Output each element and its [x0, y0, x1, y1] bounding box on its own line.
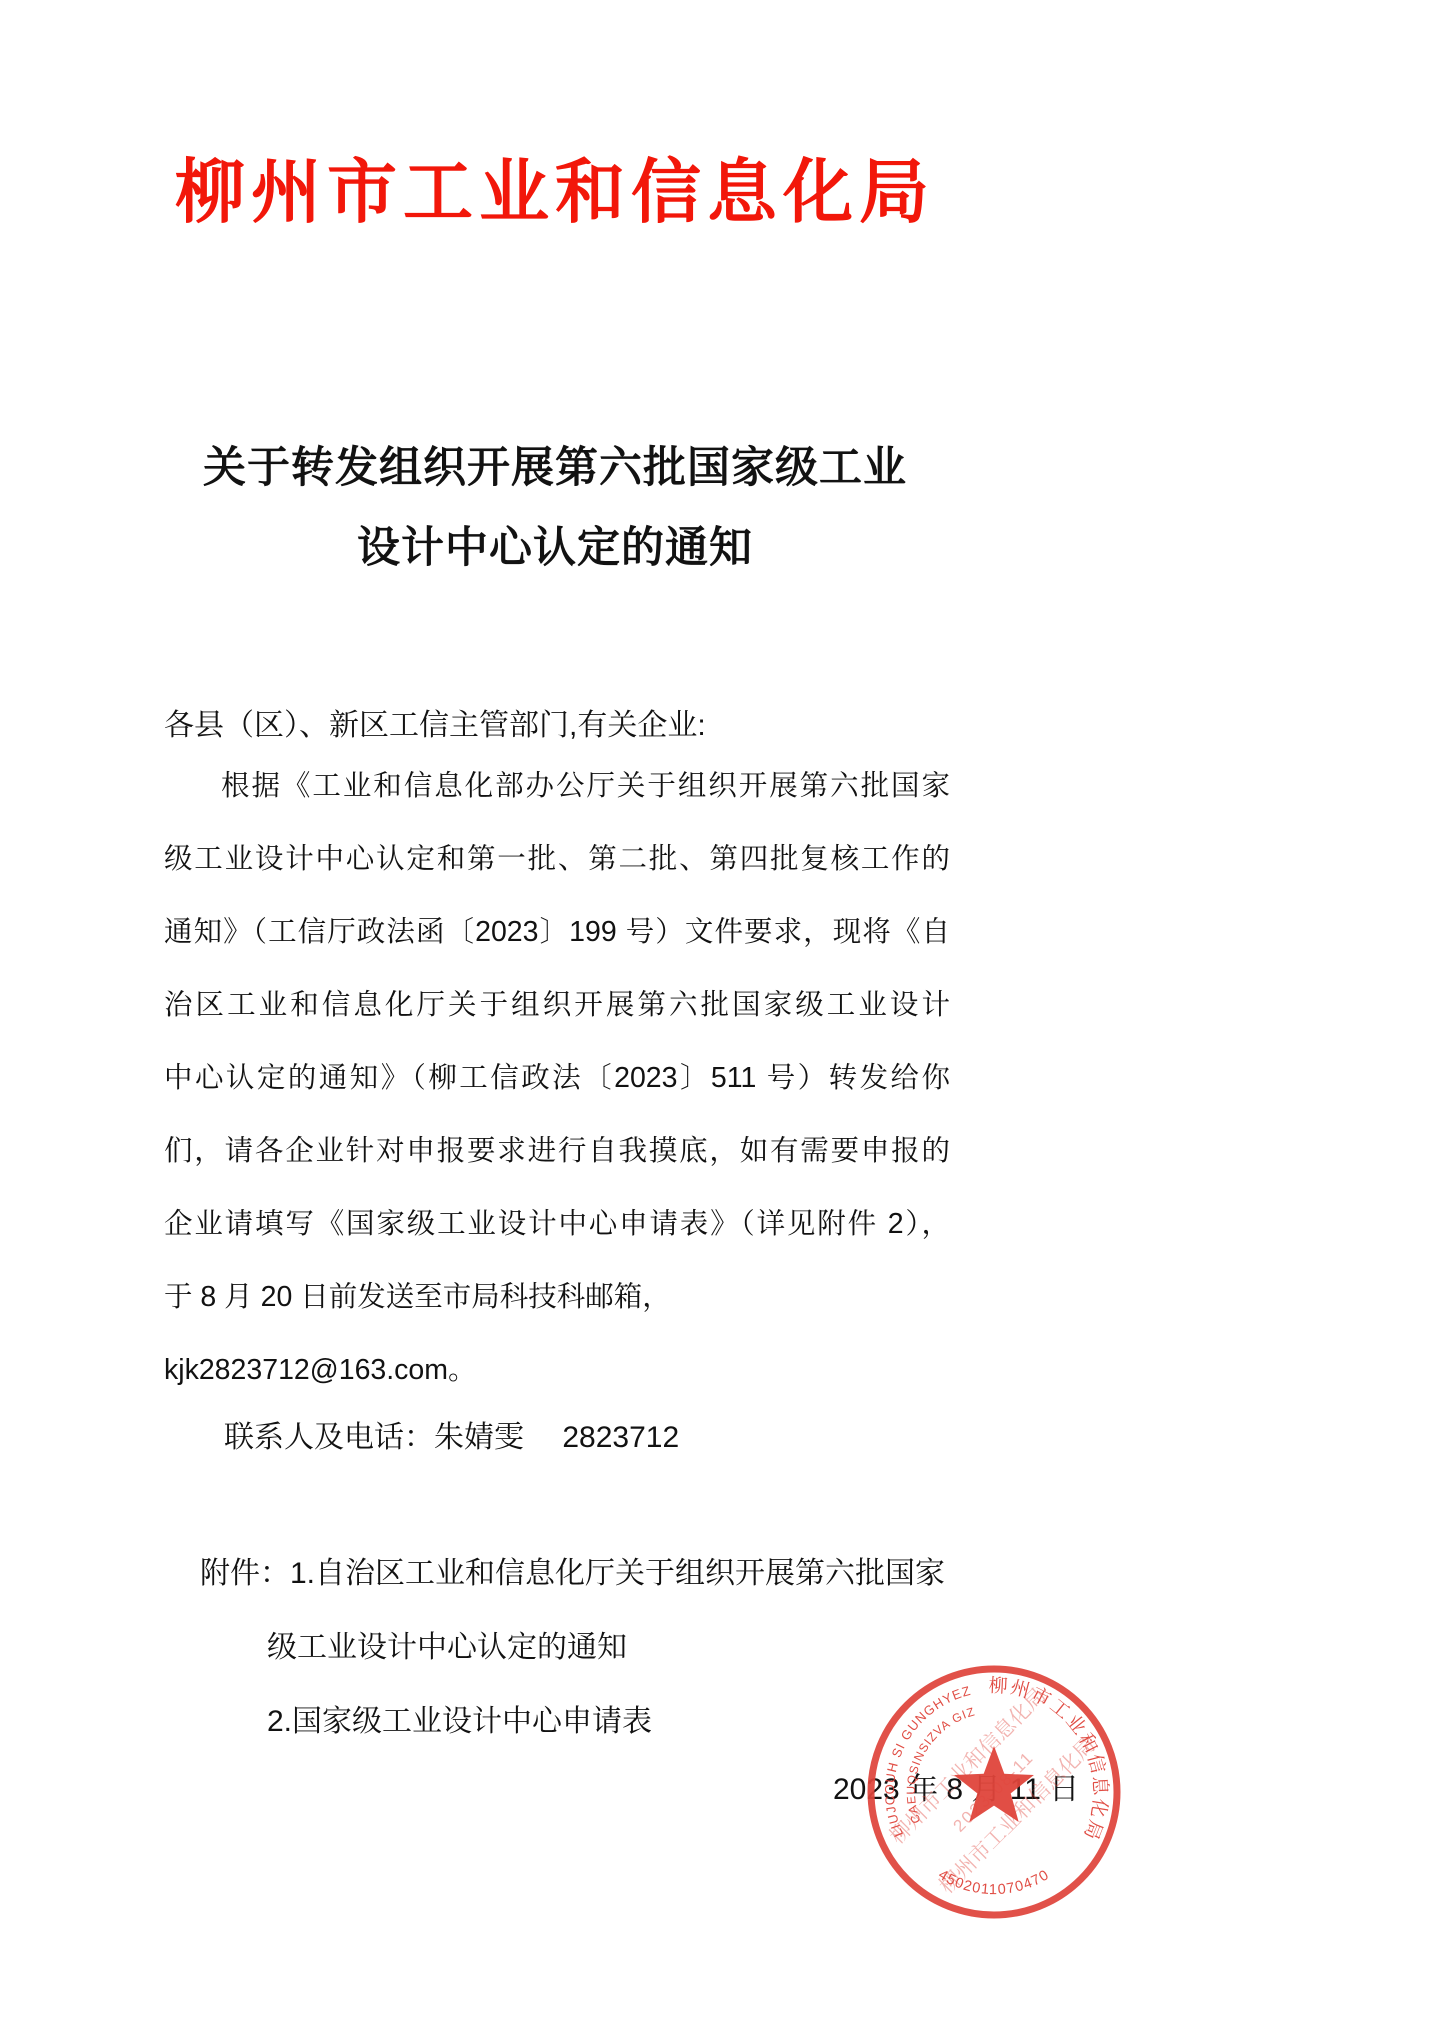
body-line-email: kjk2823712@163.com。	[164, 1334, 950, 1407]
body-line: 级工业设计中心认定和第一批、第二批、第四批复核工作的	[164, 823, 950, 896]
contact-line: 联系人及电话：朱婧雯 2823712	[164, 1412, 679, 1456]
agency-header: 柳州市工业和信息化局	[160, 136, 950, 237]
body-line: 中心认定的通知》（柳工信政法〔2023〕511 号）转发给你	[164, 1042, 950, 1115]
body-line: 于 8 月 20 日前发送至市局科技科邮箱，	[164, 1261, 950, 1334]
attachment-line-2: 2.国家级工业设计中心申请表	[267, 1696, 652, 1740]
body-line: 根据《工业和信息化部办公厅关于组织开展第六批国家	[164, 750, 950, 823]
title-line-2: 设计中心认定的通知	[160, 508, 950, 588]
body-line: 治区工业和信息化厅关于组织开展第六批国家级工业设计	[164, 969, 950, 1042]
title-line-1: 关于转发组织开展第六批国家级工业	[160, 428, 950, 508]
document-title: 关于转发组织开展第六批国家级工业 设计中心认定的通知	[160, 428, 950, 588]
document-page: 柳州市工业和信息化局 关于转发组织开展第六批国家级工业 设计中心认定的通知 各县…	[0, 0, 1431, 2025]
body-text: 根据《工业和信息化部办公厅关于组织开展第六批国家 级工业设计中心认定和第一批、第…	[164, 750, 950, 1407]
official-seal: 柳州市工业和信息化局 2023-08-11 柳州市工业和信息化局 LIUJCOU…	[862, 1660, 1126, 1924]
body-line: 们，请各企业针对申报要求进行自我摸底，如有需要申报的	[164, 1115, 950, 1188]
attachment-line-1: 附件：1.自治区工业和信息化厅关于组织开展第六批国家	[200, 1548, 945, 1592]
body-line: 企业请填写《国家级工业设计中心申请表》（详见附件 2），	[164, 1188, 950, 1261]
salutation: 各县（区）、新区工信主管部门,有关企业:	[164, 700, 706, 744]
body-line: 通知》（工信厅政法函〔2023〕199 号）文件要求，现将《自	[164, 896, 950, 969]
attachment-line-1-cont: 级工业设计中心认定的通知	[267, 1622, 627, 1666]
